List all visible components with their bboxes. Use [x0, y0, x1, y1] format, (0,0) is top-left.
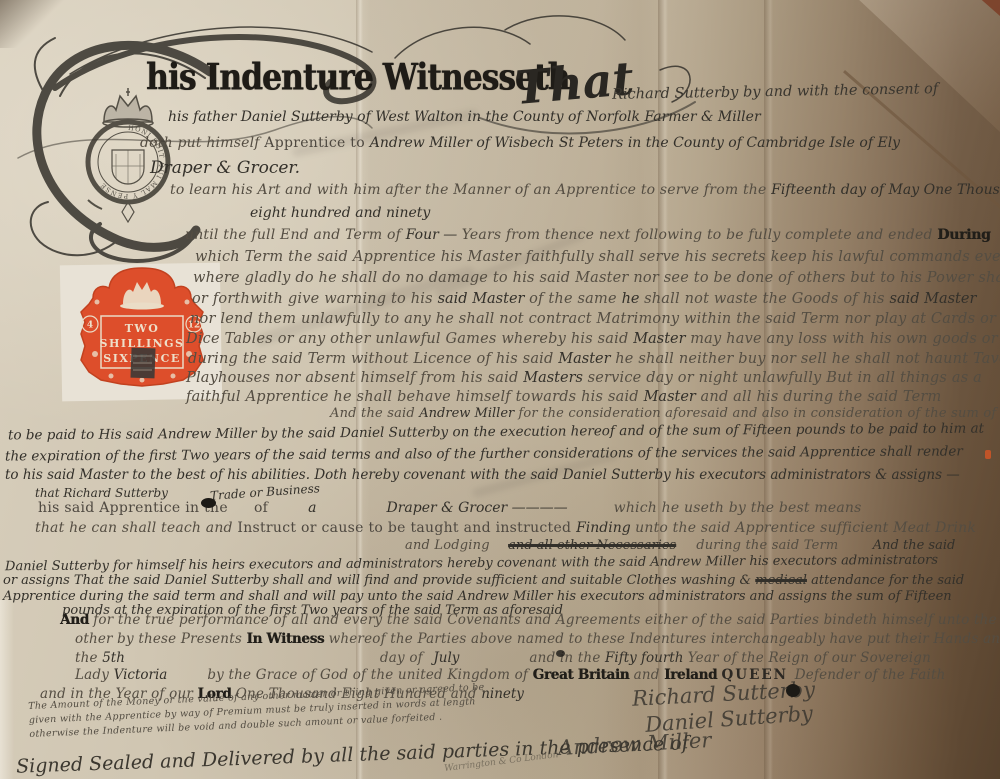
text-segment: Victoria: [114, 667, 168, 683]
text-segment: to be paid to His said Andrew Miller by …: [8, 421, 984, 444]
text-segment: Dice Tables or any other unlawful Games …: [186, 331, 633, 347]
text-segment: of the same: [529, 291, 622, 307]
text-segment: Master: [633, 331, 690, 347]
text-segment: unto the said Apprentice sufficient Meat…: [635, 520, 976, 536]
text-segment: Master: [644, 389, 701, 405]
text-segment: during the said Term: [696, 538, 843, 553]
document-line: faithful Apprentice he shall behave hims…: [186, 390, 942, 405]
document-line: doth put himself Apprentice to Andrew Mi…: [140, 136, 900, 150]
text-segment: Year of the Reign of our Sovereign: [688, 650, 931, 666]
document-line: his father Daniel Sutterby of West Walto…: [168, 110, 761, 124]
text-segment: of: [254, 500, 268, 516]
text-segment: may have any loss with his own goods or …: [690, 331, 1000, 347]
text-segment: to his said Master to the best of his ab…: [5, 467, 960, 483]
text-segment: During: [937, 227, 990, 243]
text-segment: during the said Term without Licence of …: [188, 351, 558, 367]
signature: Andrew Miller: [557, 728, 711, 760]
document-line: where gladly do he shall do no damage to…: [193, 271, 1000, 286]
text-segment: he: [622, 291, 645, 307]
text-segment: and all his during the said Term: [700, 389, 941, 405]
text-segment: that Richard Sutterby: [35, 486, 168, 500]
paper-edge: [0, 600, 14, 779]
text-segment: for the consideration aforesaid and also…: [518, 406, 1000, 421]
document-line: Dice Tables or any other unlawful Games …: [186, 332, 1000, 347]
text-segment: Daniel Sutterby for himself his heirs ex…: [5, 553, 938, 575]
text-segment: service day or night unlawfully But in a…: [588, 370, 982, 386]
text-segment: medical: [755, 573, 807, 588]
red-mark: [985, 450, 991, 459]
document-line: And the said Andrew Miller for the consi…: [330, 407, 1000, 420]
document-line: Daniel Sutterby for himself his heirs ex…: [5, 554, 938, 574]
document-line: which Term the said Apprentice his Maste…: [195, 250, 1000, 265]
document-line: that he can shall teach and Instruct or …: [35, 521, 976, 535]
text-segment: 5th: [102, 650, 125, 666]
text-segment: Great Britain: [533, 667, 634, 683]
document-line: other by these Presents In Witness where…: [75, 633, 1000, 647]
text-segment: where gladly do he shall do no damage to…: [193, 270, 1000, 286]
text-segment: Instruct or cause to be taught and instr…: [237, 520, 576, 536]
text-segment: Playhouses nor absent himself from his s…: [186, 370, 523, 386]
that-word: That: [513, 51, 636, 115]
text-segment: Fifty fourth: [605, 650, 688, 666]
document-line: until the full End and Term of Four — Ye…: [185, 228, 990, 242]
text-segment: Years from thence next following to be f…: [462, 227, 938, 243]
document-line: And for the true performance of all and …: [60, 614, 997, 628]
indenture-document: HONI SOIT QUI MAL Y PENSE his Indenture …: [0, 0, 1000, 779]
text-segment: and all other Necessaries: [508, 538, 676, 553]
text-segment: his father Daniel Sutterby of West Walto…: [168, 109, 761, 125]
text-segment: faithful Apprentice he shall behave hims…: [186, 389, 644, 405]
text-segment: other by these Presents: [75, 631, 246, 647]
document-line: Playhouses nor absent himself from his s…: [186, 371, 982, 386]
text-segment: Fifteenth day of May One Thousand: [771, 182, 1000, 198]
document-line: to learn his Art and with him after the …: [170, 183, 1000, 197]
text-segment: And the said: [330, 406, 419, 421]
text-segment: Finding: [576, 520, 635, 536]
text-segment: Master: [558, 351, 615, 367]
text-segment: and: [634, 667, 664, 683]
text-segment: nor lend them unlawfully to any he shall…: [190, 311, 996, 327]
text-segment: Apprentice to: [264, 135, 369, 151]
document-line: that Richard Sutterby: [35, 487, 168, 499]
document-line: eight hundred and ninety: [250, 206, 430, 220]
document-line: Trade or Business: [210, 482, 321, 502]
text-segment: doth put himself: [140, 135, 264, 151]
text-segment: whereof the Parties above named to these…: [329, 631, 1000, 647]
text-segment: until the full End and Term of: [185, 227, 406, 243]
text-segment: said Master: [438, 291, 530, 307]
document-line: during the said Term without Licence of …: [188, 352, 1000, 367]
text-segment: And: [60, 612, 93, 628]
text-segment: Draper & Grocer ————: [387, 500, 568, 516]
gothic-header: his Indenture Witnesseth: [146, 56, 569, 99]
text-segment: and in the: [529, 650, 605, 666]
text-segment: said Master: [890, 291, 977, 307]
text-segment: that he can shall teach and: [35, 520, 237, 536]
text-segment: to learn his Art and with him after the …: [170, 182, 771, 198]
stamp-line1: TWO: [125, 322, 160, 335]
text-segment: Apprentice during the said term and shal…: [3, 589, 952, 604]
document-line: his said Apprentice in theofaDraper & Gr…: [38, 501, 862, 515]
text-segment: day of: [380, 650, 427, 666]
text-segment: he shall neither buy nor sell he shall n…: [615, 351, 1000, 367]
corner-backing: [974, 0, 1000, 16]
text-segment: the: [75, 650, 102, 666]
document-line: nor lend them unlawfully to any he shall…: [190, 312, 996, 327]
document-line: to be paid to His said Andrew Miller by …: [8, 423, 984, 443]
text-segment: which he useth by the best means: [614, 500, 862, 516]
document-line: to his said Master to the best of his ab…: [5, 469, 960, 483]
text-segment: In Witness: [246, 631, 328, 647]
document-line: Draper & Grocer.: [150, 160, 300, 177]
text-segment: the expiration of the first Two years of…: [5, 443, 963, 464]
text-segment: Andrew Miller of Wisbech St Peters in th…: [370, 135, 900, 151]
text-segment: eight hundred and ninety: [250, 205, 430, 221]
document-line: and Lodging and all other Necessariesdur…: [405, 539, 955, 552]
text-segment: Defender of the Faith: [795, 667, 946, 683]
text-segment: or assigns That the said Daniel Sutterby…: [3, 573, 755, 588]
document-line: Apprentice during the said term and shal…: [3, 590, 952, 603]
corner-fold: [840, 0, 1000, 150]
text-segment: and Lodging: [405, 538, 494, 553]
text-segment: Lady: [75, 667, 114, 683]
text-segment: or forthwith give warning to his: [192, 291, 438, 307]
document-line: or forthwith give warning to his said Ma…: [192, 292, 976, 307]
text-segment: And the said: [873, 538, 956, 553]
text-segment: attendance for the said: [807, 573, 964, 588]
text-segment: his said Apprentice in the: [38, 500, 228, 516]
document-line: the 5thday of Julyand in the Fifty fourt…: [75, 652, 931, 666]
document-line: or assigns That the said Daniel Sutterby…: [3, 574, 964, 587]
text-segment: Andrew Miller: [419, 406, 518, 421]
text-segment: July: [433, 650, 459, 666]
stamp-left-value: 4: [87, 321, 93, 331]
text-segment: which Term the said Apprentice his Maste…: [195, 249, 1000, 265]
text-segment: shall not waste the Goods of his: [644, 291, 889, 307]
text-segment: Four —: [406, 227, 462, 243]
document-line: the expiration of the first Two years of…: [5, 445, 963, 464]
text-segment: Draper & Grocer.: [150, 158, 300, 178]
text-segment: for the true performance of all and ever…: [93, 612, 997, 628]
text-segment: a: [308, 500, 316, 516]
royal-crest-icon: HONI SOIT QUI MAL Y PENSE: [88, 88, 168, 222]
text-segment: Masters: [523, 370, 587, 386]
text-segment: Ireland: [664, 667, 721, 683]
